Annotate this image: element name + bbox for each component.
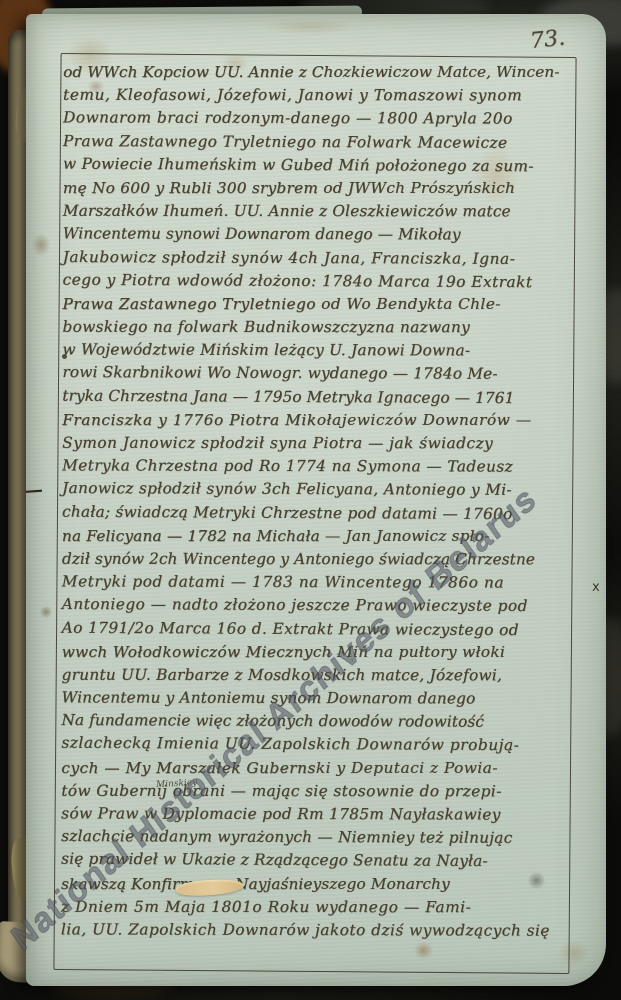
paper-stain <box>558 940 590 966</box>
margin-dot <box>62 354 67 359</box>
margin-dash-mark: — <box>25 485 43 496</box>
manuscript-line: od WWch Kopciow UU. Annie z Chozkiewiczo… <box>63 61 567 84</box>
manuscript-line: bowskiego na folwark Budnikowszczyzna na… <box>62 316 566 340</box>
manuscript-line: cego y Piotra wdowód złożono: 1784o Marc… <box>63 268 567 294</box>
manuscript-line: tryka Chrzestna Jana — 1795o Metryka Ign… <box>62 384 566 410</box>
archive-scan: 73. od WWch Kopciow UU. Annie z Chozkiew… <box>0 0 621 1000</box>
manuscript-line: Antoniego — nadto złożono jeszcze Prawo … <box>62 593 566 618</box>
manuscript-line: Franciszka y 1776o Piotra Mikołajewiczów… <box>62 409 566 432</box>
manuscript-line: szlachecką Imienia UU. Zapolskich Downar… <box>61 732 565 758</box>
manuscript-line: w Województwie Mińskim leżący U. Janowi … <box>62 339 566 364</box>
manuscript-line: temu, Kleofasowi, Józefowi, Janowi y Tom… <box>63 84 567 108</box>
manuscript-line: Downarom braci rodzonym-danego — 1800 Ap… <box>63 107 567 132</box>
manuscript-line: Prawa Zastawnego Tryletniego na Folwark … <box>63 130 567 155</box>
paper-stain <box>32 234 50 256</box>
manuscript-line: z Dniem 5m Maja 1801o Roku wydanego — Fa… <box>61 895 565 919</box>
manuscript-text: od WWch Kopciow UU. Annie z Chozkiewiczo… <box>61 60 567 942</box>
manuscript-line: Metryka Chrzestna pod Ro 1774 na Symona … <box>62 455 566 480</box>
paper-stain <box>40 606 52 618</box>
manuscript-line: skawszą Konfirmacyą Nayjaśnieyszego Mona… <box>61 873 565 896</box>
manuscript-line: Marszałków Ihumeń. UU. Annie z Oleszkiew… <box>63 200 567 224</box>
manuscript-line: w Powiecie Ihumeńskim w Gubed Miń położo… <box>63 152 567 178</box>
manuscript-line: Prawa Zastawnego Tryletniego od Wo Bendy… <box>63 293 567 316</box>
manuscript-line: Na fundamencie więc złożonych dowodów ro… <box>61 709 565 734</box>
manuscript-line: Ao 1791/2o Marca 16o d. Extrakt Prawa wi… <box>62 616 566 642</box>
manuscript-line: Symon Janowicz spłodził syna Piotra — ja… <box>62 432 566 456</box>
manuscript-line: Metryki pod datami — 1783 na Wincentego … <box>62 570 566 595</box>
margin-cross-mark: x <box>592 580 600 595</box>
manuscript-line: cych — My Marszałek Gubernski y Deputaci… <box>61 757 565 780</box>
paper-stain <box>414 942 433 959</box>
manuscript-line: mę No 600 y Rubli 300 srybrem od JWWch P… <box>63 177 567 200</box>
manuscript-line: rowi Skarbnikowi Wo Nowogr. wydanego — 1… <box>62 361 566 386</box>
manuscript-line: tów Gubernij obrani — mając się stosowni… <box>61 780 565 804</box>
manuscript-line: Jakubowicz spłodził synów 4ch Jana, Fran… <box>63 245 567 270</box>
manuscript-line: lia, UU. Zapolskich Downarów jakoto dziś… <box>61 918 565 943</box>
page-number: 73. <box>529 23 591 54</box>
paper-stain <box>264 18 354 34</box>
manuscript-line: Janowicz spłodził synów 3ch Felicyana, A… <box>62 477 566 502</box>
manuscript-line: Wincentemu synowi Downarom danego — Miko… <box>63 223 567 248</box>
